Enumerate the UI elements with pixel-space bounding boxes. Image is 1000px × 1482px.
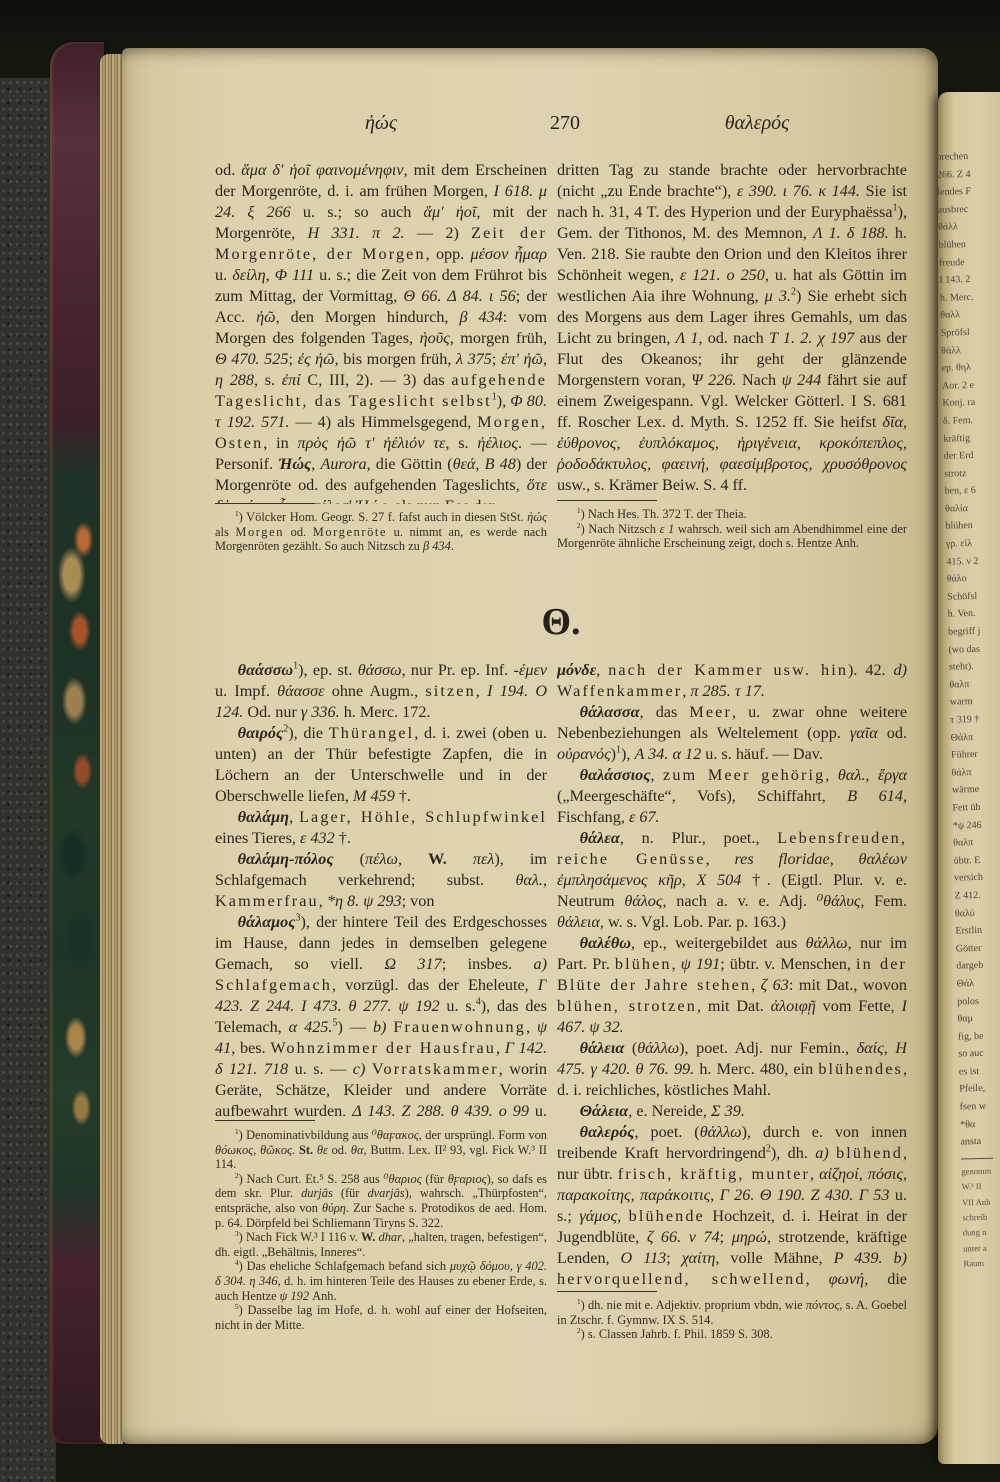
footnote-rule-bottom-left xyxy=(215,1120,315,1121)
footnotes-top-left: 1) Völcker Hom. Geogr. S. 27 f. fafst au… xyxy=(215,510,547,598)
edge-text-fragment: τ 319 † xyxy=(950,710,1000,729)
edge-text-fragment: Raum xyxy=(963,1255,1000,1272)
edge-text-fragment: Erstlin xyxy=(955,921,1000,940)
edge-text-fragment: ausbrec xyxy=(938,200,988,219)
edge-text-fragment: fig, be xyxy=(958,1027,1000,1046)
column-top-left: od. ἅμα δ' ἠοῖ φαινομένηφιν, mit dem Ers… xyxy=(215,160,547,504)
column-bottom-left: θαάσσω1), ep. st. θάσσω, nur Pr. ep. Inf… xyxy=(215,660,547,1116)
footnotes-bottom-right: 1) dh. nie mit e. Adjektiv. proprium vbd… xyxy=(557,1298,907,1394)
edge-text-fragment: ben, ε 6 xyxy=(944,482,994,501)
footnote: 4) Das eheliche Schlafgemach befand sich… xyxy=(215,1259,547,1303)
entry-paragraph: θαλέθω, ep., weitergebildet aus θάλλω, n… xyxy=(557,933,907,1038)
edge-text-fragment: polos xyxy=(957,992,1000,1011)
footnote: 1) Denominativbildung aus ⁰θαϝακος, der … xyxy=(215,1128,547,1172)
footnote-rule-bottom-right xyxy=(557,1291,657,1292)
entry-paragraph: θαλάμη-πόλος (πέλω, W. πελ), im Schlafge… xyxy=(215,849,547,912)
footnote: 3) Nach Fick W.³ I 116 v. W. dhar, „halt… xyxy=(215,1230,547,1259)
edge-text-fragment: kräftig xyxy=(943,429,993,448)
edge-text-fragment: genomm xyxy=(961,1163,1000,1180)
edge-text-fragment: Führer xyxy=(951,746,1000,765)
edge-text-fragment: Schöfsl xyxy=(947,587,997,606)
column-top-right: dritten Tag zu stande brachte oder hervo… xyxy=(557,160,907,504)
edge-text-fragment: begriff j xyxy=(948,622,998,641)
edge-text-fragment: θάλο xyxy=(947,570,997,589)
entry-paragraph: θάλεα, n. Plur., poet., Lebensfreuden, r… xyxy=(557,828,907,933)
entry-paragraph: θαιρός2), die Thürangel, d. i. zwei (obe… xyxy=(215,723,547,807)
edge-text-fragment: dargeb xyxy=(956,957,1000,976)
edge-text-fragment: es ist xyxy=(959,1062,1000,1081)
edge-footnote-rule xyxy=(961,1158,993,1160)
edge-text-fragment: θαμ xyxy=(957,1009,1000,1028)
column-bottom-right: μόνδε, nach der Kammer usw. hin). 42. d)… xyxy=(557,660,907,1290)
edge-text-fragment: *ψ 246 xyxy=(953,816,1000,835)
edge-text-fragment: θάλπ xyxy=(951,763,1000,782)
edge-text-fragment: Θάλπ xyxy=(950,728,1000,747)
next-page-edge: brechen266. Z 4lendes Fausbrecθάλλblühen… xyxy=(938,92,1000,1464)
entry-paragraph: od. ἅμα δ' ἠοῖ φαινομένηφιν, mit dem Ers… xyxy=(215,160,547,504)
edge-text-fragment: δ. Fem. xyxy=(943,411,993,430)
edge-text-fragment: so auc xyxy=(958,1045,1000,1064)
footnote: 2) s. Classen Jahrb. f. Phil. 1859 S. 30… xyxy=(557,1327,907,1342)
footnote-rule-top-right xyxy=(557,500,657,501)
edge-text-fragment: θαλπ xyxy=(949,675,999,694)
edge-text-fragment: steht). xyxy=(949,658,999,677)
footnotes-bottom-left: 1) Denominativbildung aus ⁰θαϝακος, der … xyxy=(215,1128,547,1344)
edge-text-fragment: ep. θηλ xyxy=(941,359,991,378)
entry-paragraph: θαάσσω1), ep. st. θάσσω, nur Pr. ep. Inf… xyxy=(215,660,547,723)
edge-text-fragment: strotz xyxy=(944,464,994,483)
section-letter-theta: Θ. xyxy=(215,600,907,644)
entry-paragraph: μόνδε, nach der Kammer usw. hin). 42. d)… xyxy=(557,660,907,702)
edge-text-fragment: warm xyxy=(950,693,1000,712)
marbled-board-edge xyxy=(50,42,104,1444)
edge-text-fragment: 266. Z 4 xyxy=(938,165,987,184)
edge-text-fragment: Fett üb xyxy=(952,798,1000,817)
footnote: 1) dh. nie mit e. Adjektiv. proprium vbd… xyxy=(557,1298,907,1327)
edge-text-fragment: wärme xyxy=(952,781,1000,800)
edge-text-fragment: versich xyxy=(954,869,1000,888)
footnotes-top-right: 1) Nach Hes. Th. 372 T. der Theia.2) Nac… xyxy=(557,507,907,599)
edge-text-fragment: übtr. E xyxy=(953,851,1000,870)
edge-text-fragment: *θα xyxy=(960,1115,1000,1134)
edge-text-fragment: h. Merc. xyxy=(940,288,990,307)
entry-paragraph: Θάλεια, e. Nereide, Σ 39. xyxy=(557,1101,907,1122)
edge-text-fragment: I 143. 2 xyxy=(939,271,989,290)
edge-text-fragment: ansta xyxy=(960,1133,1000,1152)
entry-paragraph: θαλάμη, Lager, Höhle, Schlupfwinkel eine… xyxy=(215,807,547,849)
footnote: 2) Nach Curt. Et.⁵ S. 258 aus ⁰θαριος (f… xyxy=(215,1172,547,1230)
book-cover-edge xyxy=(0,78,56,1482)
edge-text-fragment: blühen xyxy=(945,517,995,536)
edge-text-fragment: freude xyxy=(939,253,989,272)
edge-text-fragment: h. Ven. xyxy=(947,605,997,624)
edge-text-fragment: fsen w xyxy=(959,1097,1000,1116)
entry-paragraph: θάλεια (θάλλω), poet. Adj. nur Femin., δ… xyxy=(557,1038,907,1101)
edge-text-fragment: θάλλ xyxy=(941,341,991,360)
header-keyword-right: θαλερός xyxy=(607,112,907,135)
edge-text-fragment: θαλύ xyxy=(955,904,1000,923)
edge-text-fragment: (wo das xyxy=(948,640,998,659)
footnote-rule-top-left xyxy=(215,503,315,504)
edge-text-fragment: der Erd xyxy=(944,447,994,466)
edge-text-fragment: Götter xyxy=(956,939,1000,958)
edge-text-fragment: brechen xyxy=(938,148,987,167)
edge-text-fragment: blühen xyxy=(938,235,988,254)
edge-text-fragment: θαλλ xyxy=(940,306,990,325)
edge-text-fragment: θαλπ xyxy=(953,834,1000,853)
edge-text-fragment: θαλία xyxy=(945,499,995,518)
edge-text-fragment: Θάλ xyxy=(956,974,1000,993)
edge-text-fragment: θάλλ xyxy=(938,218,988,237)
edge-text-fragment: Aor. 2 e xyxy=(942,376,992,395)
entry-paragraph: θάλαμος3), der hintere Teil des Erdgesch… xyxy=(215,912,547,1116)
footnote: 2) Nach Nitzsch ε 1 wahrsch. weil sich a… xyxy=(557,522,907,551)
edge-text-fragment: γρ. εἰλ xyxy=(946,535,996,554)
entry-paragraph: dritten Tag zu stande brachte oder hervo… xyxy=(557,160,907,496)
book-photograph: ἠώς 270 θαλερός od. ἅμα δ' ἠοῖ φαινομένη… xyxy=(0,0,1000,1482)
footnote: 5) Dasselbe lag im Hofe, d. h. wohl auf … xyxy=(215,1303,547,1332)
edge-text-fragment: W.³ II xyxy=(961,1178,1000,1195)
edge-text-fragment: 415. ν 2 xyxy=(946,552,996,571)
page-stack-edges xyxy=(100,54,123,1444)
entry-paragraph: θαλερός, poet. (θάλλω), durch e. von inn… xyxy=(557,1122,907,1290)
running-head: ἠώς 270 θαλερός xyxy=(122,112,938,142)
edge-text-fragment: Spröfsl xyxy=(941,323,991,342)
entry-paragraph: θαλάσσιος, zum Meer gehörig, θαλ., ἔργα … xyxy=(557,765,907,828)
next-page-text-fragments: brechen266. Z 4lendes Fausbrecθάλλblühen… xyxy=(938,148,1000,1272)
edge-text-fragment: unter a xyxy=(963,1240,1000,1257)
dictionary-page: ἠώς 270 θαλερός od. ἅμα δ' ἠοῖ φαινομένη… xyxy=(122,48,938,1444)
edge-text-fragment: Z 412. xyxy=(954,886,1000,905)
footnote: 1) Völcker Hom. Geogr. S. 27 f. fafst au… xyxy=(215,510,547,554)
edge-text-fragment: dung n xyxy=(963,1225,1000,1242)
footnote: 1) Nach Hes. Th. 372 T. der Theia. xyxy=(557,507,907,522)
edge-text-fragment: Pfeile, xyxy=(959,1080,1000,1099)
edge-text-fragment: schreib xyxy=(962,1209,1000,1226)
edge-text-fragment: VII Anh xyxy=(962,1194,1000,1211)
edge-text-fragment: lendes F xyxy=(938,183,988,202)
entry-paragraph: θάλασσα, das Meer, u. zwar ohne weitere … xyxy=(557,702,907,765)
edge-text-fragment: Konj. ra xyxy=(942,394,992,413)
